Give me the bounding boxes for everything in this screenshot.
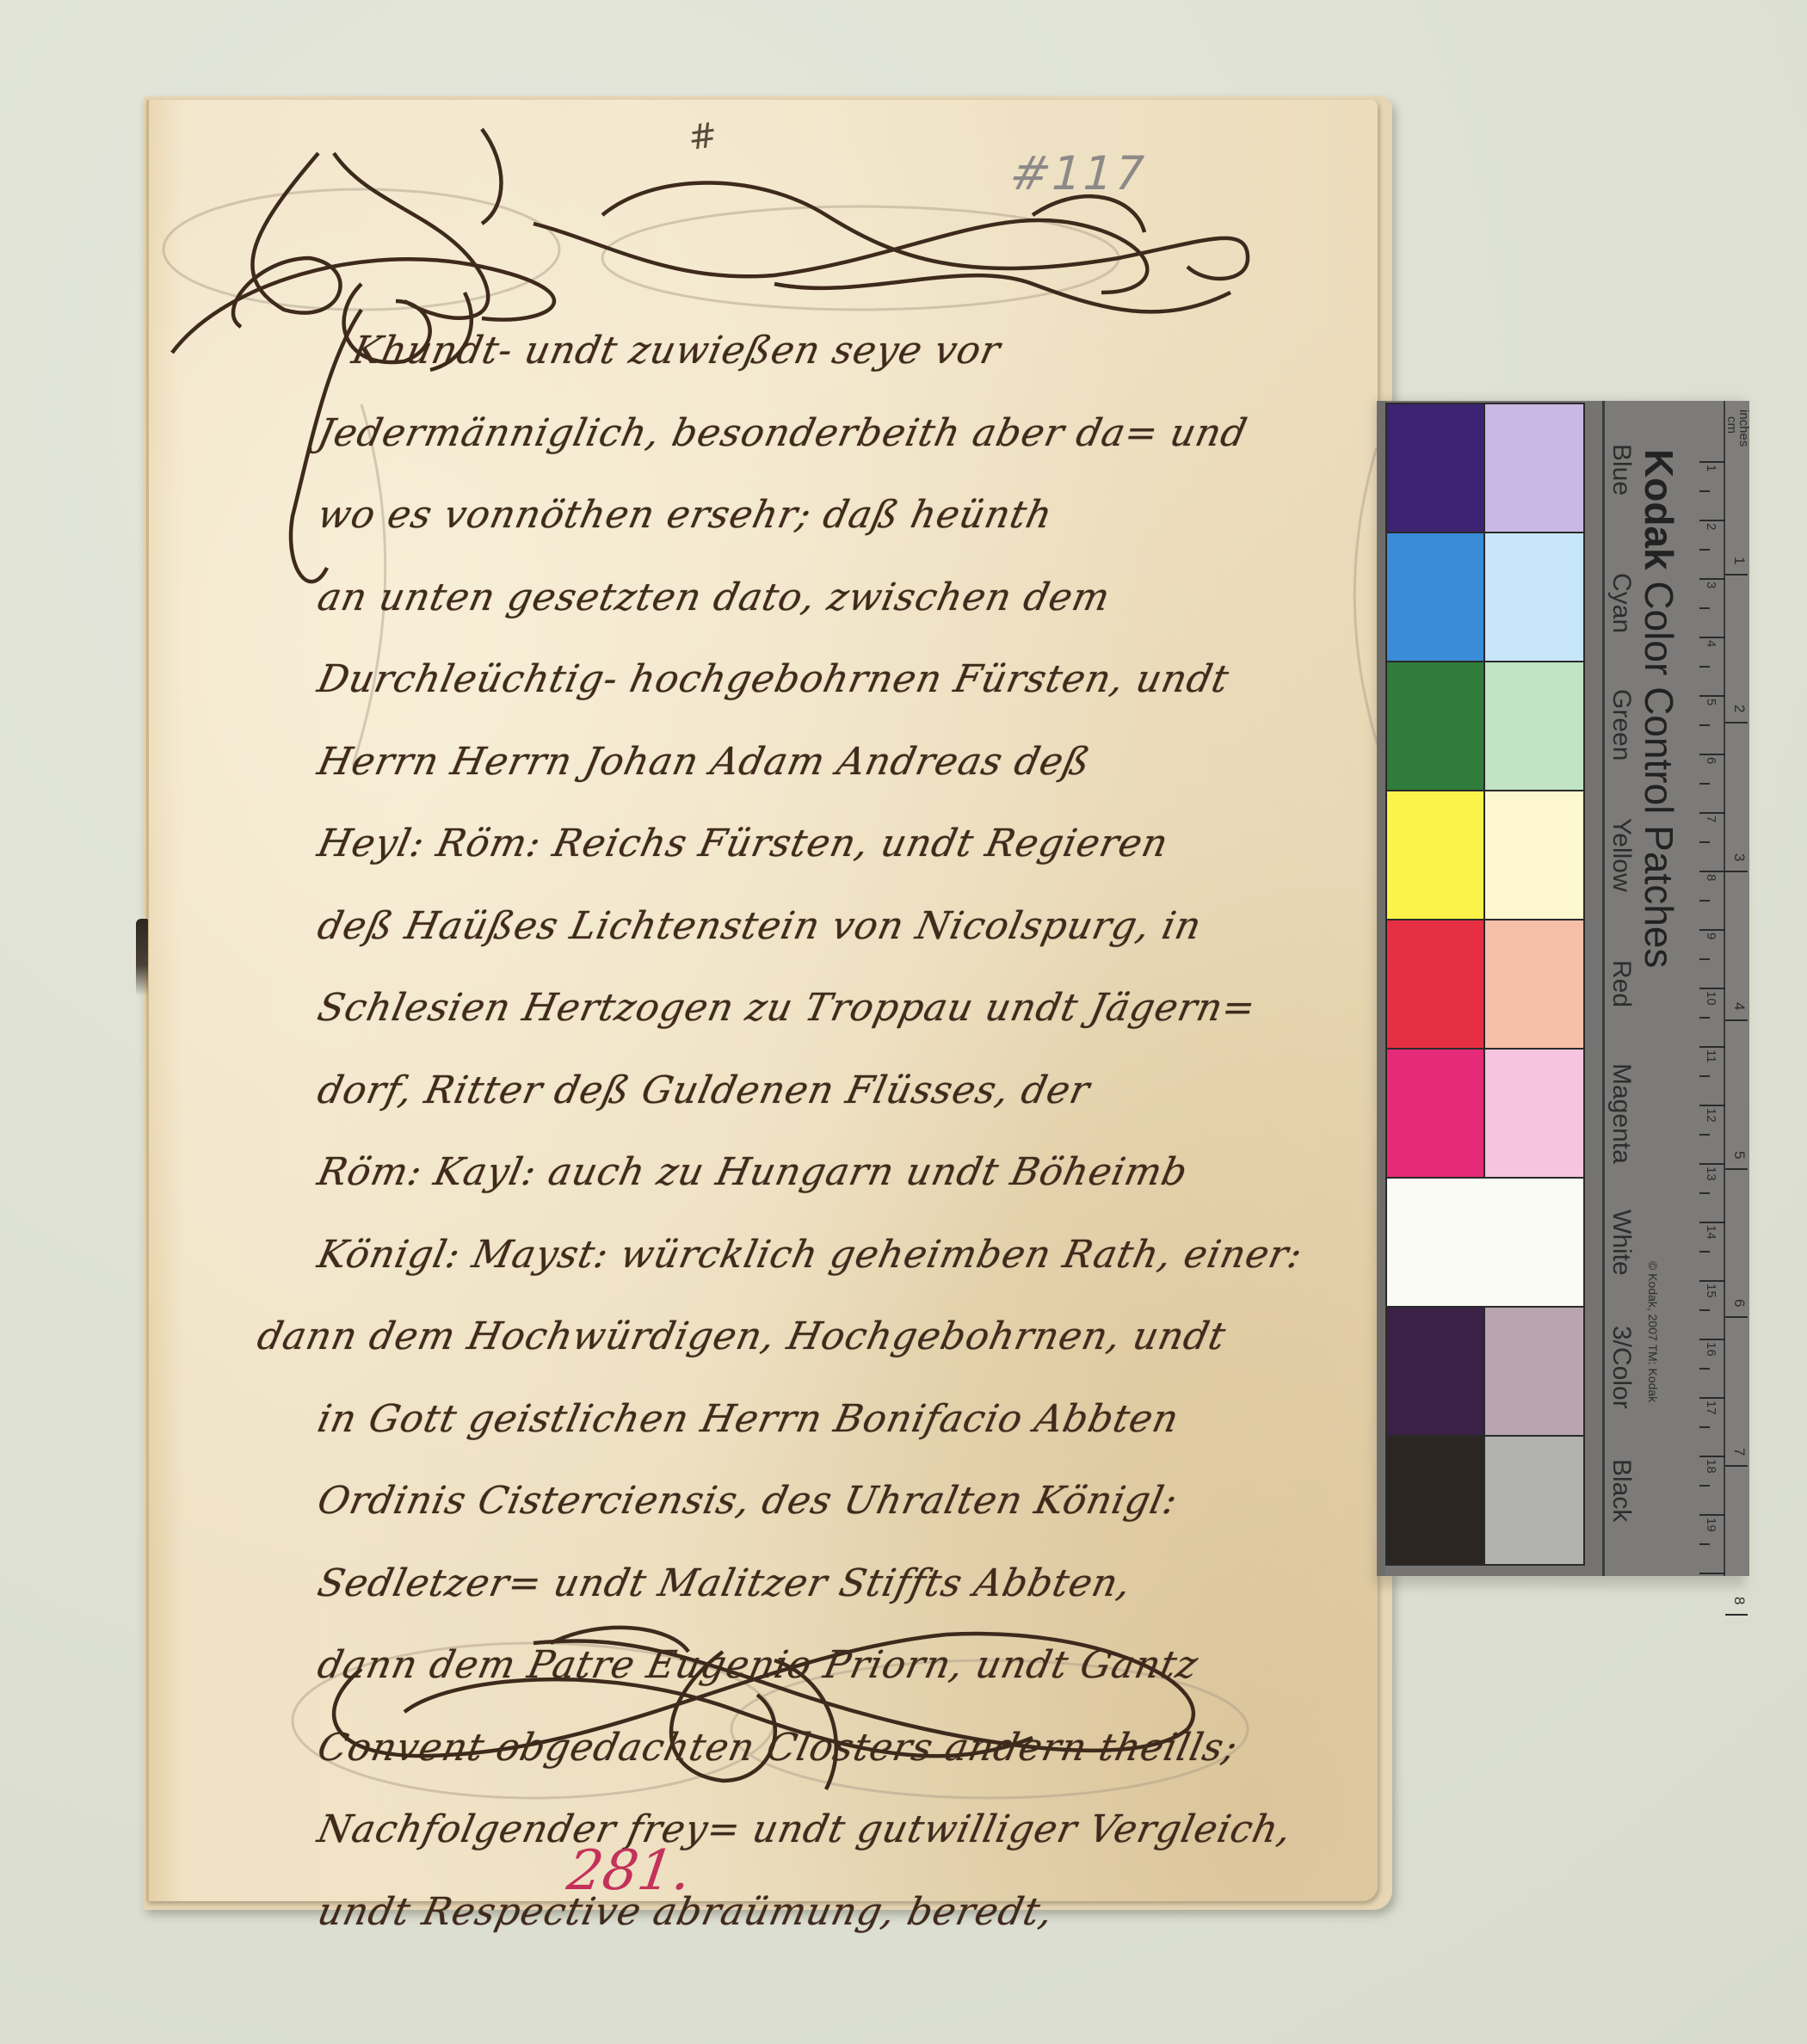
patch-label-white: White [1607, 1210, 1636, 1276]
ruler-cm-number: 10 [1704, 991, 1718, 1006]
patch-red-dark [1385, 919, 1485, 1050]
ruler-tick [1699, 1222, 1725, 1223]
text-line: an unten gesetzten dato, zwischen dem [310, 557, 1282, 639]
patch-label-3color: 3/Color [1607, 1326, 1636, 1409]
patch-black-dark [1385, 1435, 1485, 1566]
ruler-inch-tick [1725, 1316, 1748, 1318]
text-line: dann dem Patre Eugenio Priorn, undt Gant… [310, 1624, 1282, 1707]
patch-3color-dark [1385, 1306, 1485, 1437]
text-line: Ordinis Cisterciensis, des Uhralten Köni… [310, 1460, 1282, 1542]
patch-blue-dark [1385, 403, 1485, 533]
patch-label-cyan: Cyan [1607, 573, 1636, 633]
ruler-cm-number: 14 [1704, 1225, 1718, 1240]
ruler-cm-number: 16 [1704, 1342, 1718, 1357]
patch-blue-light [1485, 403, 1585, 533]
text-line: Herrn Herrn Johan Adam Andreas deß [310, 721, 1282, 803]
ruler-tick [1699, 958, 1710, 960]
ruler-cm-number: 7 [1704, 816, 1718, 822]
ruler-tick [1699, 929, 1725, 931]
patch-green-dark [1385, 661, 1485, 791]
patch-label-yellow: Yellow [1607, 818, 1636, 892]
text-line: dann dem Hochwürdigen, Hochgebohrnen, un… [250, 1296, 1282, 1378]
patch-row-white [1385, 1177, 1600, 1308]
patch-row-black [1385, 1435, 1600, 1566]
text-line: Nachfolgender frey= undt gutwilliger Ver… [310, 1788, 1282, 1871]
patch-black-light [1485, 1435, 1585, 1566]
ruler-tick [1699, 841, 1710, 843]
patch-label-green: Green [1607, 689, 1636, 760]
patch-label-black: Black [1607, 1459, 1636, 1522]
ruler-cm-number: 2 [1704, 523, 1718, 530]
ruler-cm-number: 4 [1704, 640, 1718, 647]
chart-title: Color Control Patches [1637, 581, 1681, 968]
patch-row-magenta [1385, 1048, 1600, 1179]
ruler-inch-tick [1725, 1465, 1748, 1467]
patch-green-light [1485, 661, 1585, 791]
patch-row-3color [1385, 1306, 1600, 1437]
ruler-tick [1699, 724, 1710, 726]
ruler-tick [1699, 988, 1725, 989]
patch-magenta-light [1485, 1048, 1585, 1179]
pencil-mark-top: # [686, 115, 720, 158]
text-line: undt Respective abraümung, beredt, [310, 1871, 1282, 1954]
manuscript-text: Khundt- undt zuwießen seye vor Jedermänn… [318, 310, 1274, 1953]
ruler-tick [1699, 578, 1725, 580]
ruler-tick [1699, 783, 1710, 785]
ruler-inch-number: 3 [1730, 853, 1748, 861]
ruler-tick [1699, 1456, 1725, 1457]
ruler-inch-tick [1725, 1019, 1748, 1021]
ruler-inch-tick [1725, 722, 1748, 723]
patch-label-blue: Blue [1607, 444, 1636, 496]
ruler-tick [1699, 1426, 1710, 1428]
ruler-tick [1699, 1017, 1710, 1019]
patch-cyan-dark [1385, 532, 1485, 662]
ruler-inch-number: 8 [1730, 1597, 1748, 1604]
ruler-tick [1699, 461, 1725, 463]
ruler-cm-number: 3 [1704, 582, 1718, 588]
ruler-inch-tick [1725, 1614, 1748, 1616]
text-line: Heyl: Röm: Reichs Fürsten, undt Regieren [310, 803, 1282, 885]
ruler-inch-tick [1725, 574, 1748, 576]
ruler-tick [1699, 490, 1710, 492]
text-line: Khundt- undt zuwießen seye vor [310, 310, 1282, 392]
ruler-tick [1699, 637, 1725, 638]
ruler-inch-number: 6 [1730, 1299, 1748, 1307]
text-line: Sedletzer= undt Malitzer Stiffts Abbten, [310, 1542, 1282, 1625]
patch-white [1385, 1177, 1585, 1308]
ruler-tick [1699, 1514, 1725, 1516]
ruler-inch-number: 4 [1730, 1002, 1748, 1010]
ruler-inch-number: 5 [1730, 1151, 1748, 1159]
patch-label-magenta: Magenta [1607, 1063, 1636, 1164]
patch-cyan-light [1485, 532, 1585, 662]
ruler-tick [1699, 812, 1725, 814]
ruler-cm-number: 6 [1704, 757, 1718, 764]
ruler-tick [1699, 900, 1710, 902]
patch-yellow-dark [1385, 790, 1485, 920]
ruler-cm-number: 11 [1704, 1050, 1718, 1063]
ruler-cm-number: 19 [1704, 1518, 1718, 1532]
patch-3color-light [1485, 1306, 1585, 1437]
patch-yellow-light [1485, 790, 1585, 920]
ruler-tick [1699, 1192, 1710, 1194]
kodak-brand: Kodak [1637, 449, 1681, 570]
text-line: Schlesien Hertzogen zu Troppau undt Jäge… [310, 967, 1282, 1050]
ruler: cm inches 123456789101112131415161718191… [1724, 401, 1749, 1576]
patch-label-red: Red [1607, 960, 1636, 1007]
copyright-text: © Kodak, 2007 TM: Kodak [1646, 1261, 1660, 1402]
ruler-inch-label: inches [1736, 409, 1751, 446]
patch-row-green [1385, 661, 1600, 791]
ruler-tick [1699, 1397, 1725, 1399]
ruler-tick [1699, 549, 1710, 551]
ruler-cm-number: 15 [1704, 1284, 1718, 1298]
text-line: Königl: Mayst: würcklich geheimben Rath,… [310, 1214, 1282, 1296]
ruler-cm-number: 13 [1704, 1167, 1718, 1181]
ruler-tick [1699, 1280, 1725, 1282]
ruler-tick [1699, 695, 1725, 697]
ruler-tick [1699, 1309, 1710, 1311]
ruler-tick [1699, 1339, 1725, 1340]
ruler-inch-number: 2 [1730, 705, 1748, 712]
text-line: wo es vonnöthen ersehr; daß heünth [310, 474, 1282, 557]
ruler-inch-number: 1 [1730, 557, 1748, 564]
patch-row-red [1385, 919, 1600, 1050]
text-line: Jedermänniglich, besonderbeith aber da= … [310, 392, 1282, 475]
patch-red-light [1485, 919, 1585, 1050]
text-line: dorf, Ritter deß Guldenen Flüsses, der [310, 1050, 1282, 1132]
pencil-folio-number: #117 [1004, 146, 1152, 200]
patch-row-yellow [1385, 790, 1600, 920]
ruler-cm-number: 9 [1704, 933, 1718, 939]
patch-magenta-dark [1385, 1048, 1485, 1179]
ruler-tick [1699, 1543, 1710, 1545]
red-page-number: 281. [564, 1839, 695, 1903]
ruler-inch-tick [1725, 871, 1748, 872]
ruler-tick [1699, 1573, 1725, 1574]
ruler-tick [1699, 1046, 1725, 1048]
ruler-inch-number: 7 [1730, 1448, 1748, 1456]
binding-thread-mark [136, 919, 148, 996]
text-line: Durchleüchtig- hochgebohrnen Fürsten, un… [310, 638, 1282, 721]
ruler-cm-number: 18 [1704, 1459, 1718, 1474]
ruler-tick [1699, 1485, 1710, 1487]
ruler-cm-number: 17 [1704, 1401, 1718, 1415]
ruler-cm-number: 12 [1704, 1108, 1718, 1123]
ruler-cm-number: 8 [1704, 874, 1718, 881]
text-line: in Gott geistlichen Herrn Bonifacio Abbt… [310, 1378, 1282, 1461]
ruler-tick [1699, 1105, 1725, 1106]
ruler-tick [1699, 607, 1710, 609]
patch-row-blue [1385, 403, 1600, 533]
ruler-tick [1699, 1134, 1710, 1136]
label-strip: Blue Cyan Green Yellow Red Magenta White… [1602, 401, 1748, 1576]
ruler-tick [1699, 1075, 1710, 1077]
ruler-cm-number: 1 [1704, 465, 1718, 471]
text-line: Convent obgedachten Closters andern thei… [310, 1707, 1282, 1789]
ruler-tick [1699, 1251, 1710, 1253]
ruler-tick [1699, 666, 1710, 668]
ruler-tick [1699, 520, 1725, 521]
text-line: deß Haüßes Lichtenstein von Nicolspurg, … [310, 885, 1282, 968]
ruler-tick [1699, 1368, 1710, 1370]
ruler-tick [1699, 754, 1725, 755]
ruler-inch-tick [1725, 1168, 1748, 1170]
ruler-cm-number: 5 [1704, 699, 1718, 705]
ruler-tick [1699, 1163, 1725, 1165]
kodak-title: Kodak Color Control Patches [1636, 449, 1682, 968]
kodak-color-control-strip: Blue Cyan Green Yellow Red Magenta White… [1377, 397, 1745, 1583]
text-line: Röm: Kayl: auch zu Hungarn undt Böheimb [310, 1131, 1282, 1214]
patch-row-cyan [1385, 532, 1600, 662]
ruler-tick [1699, 871, 1725, 872]
